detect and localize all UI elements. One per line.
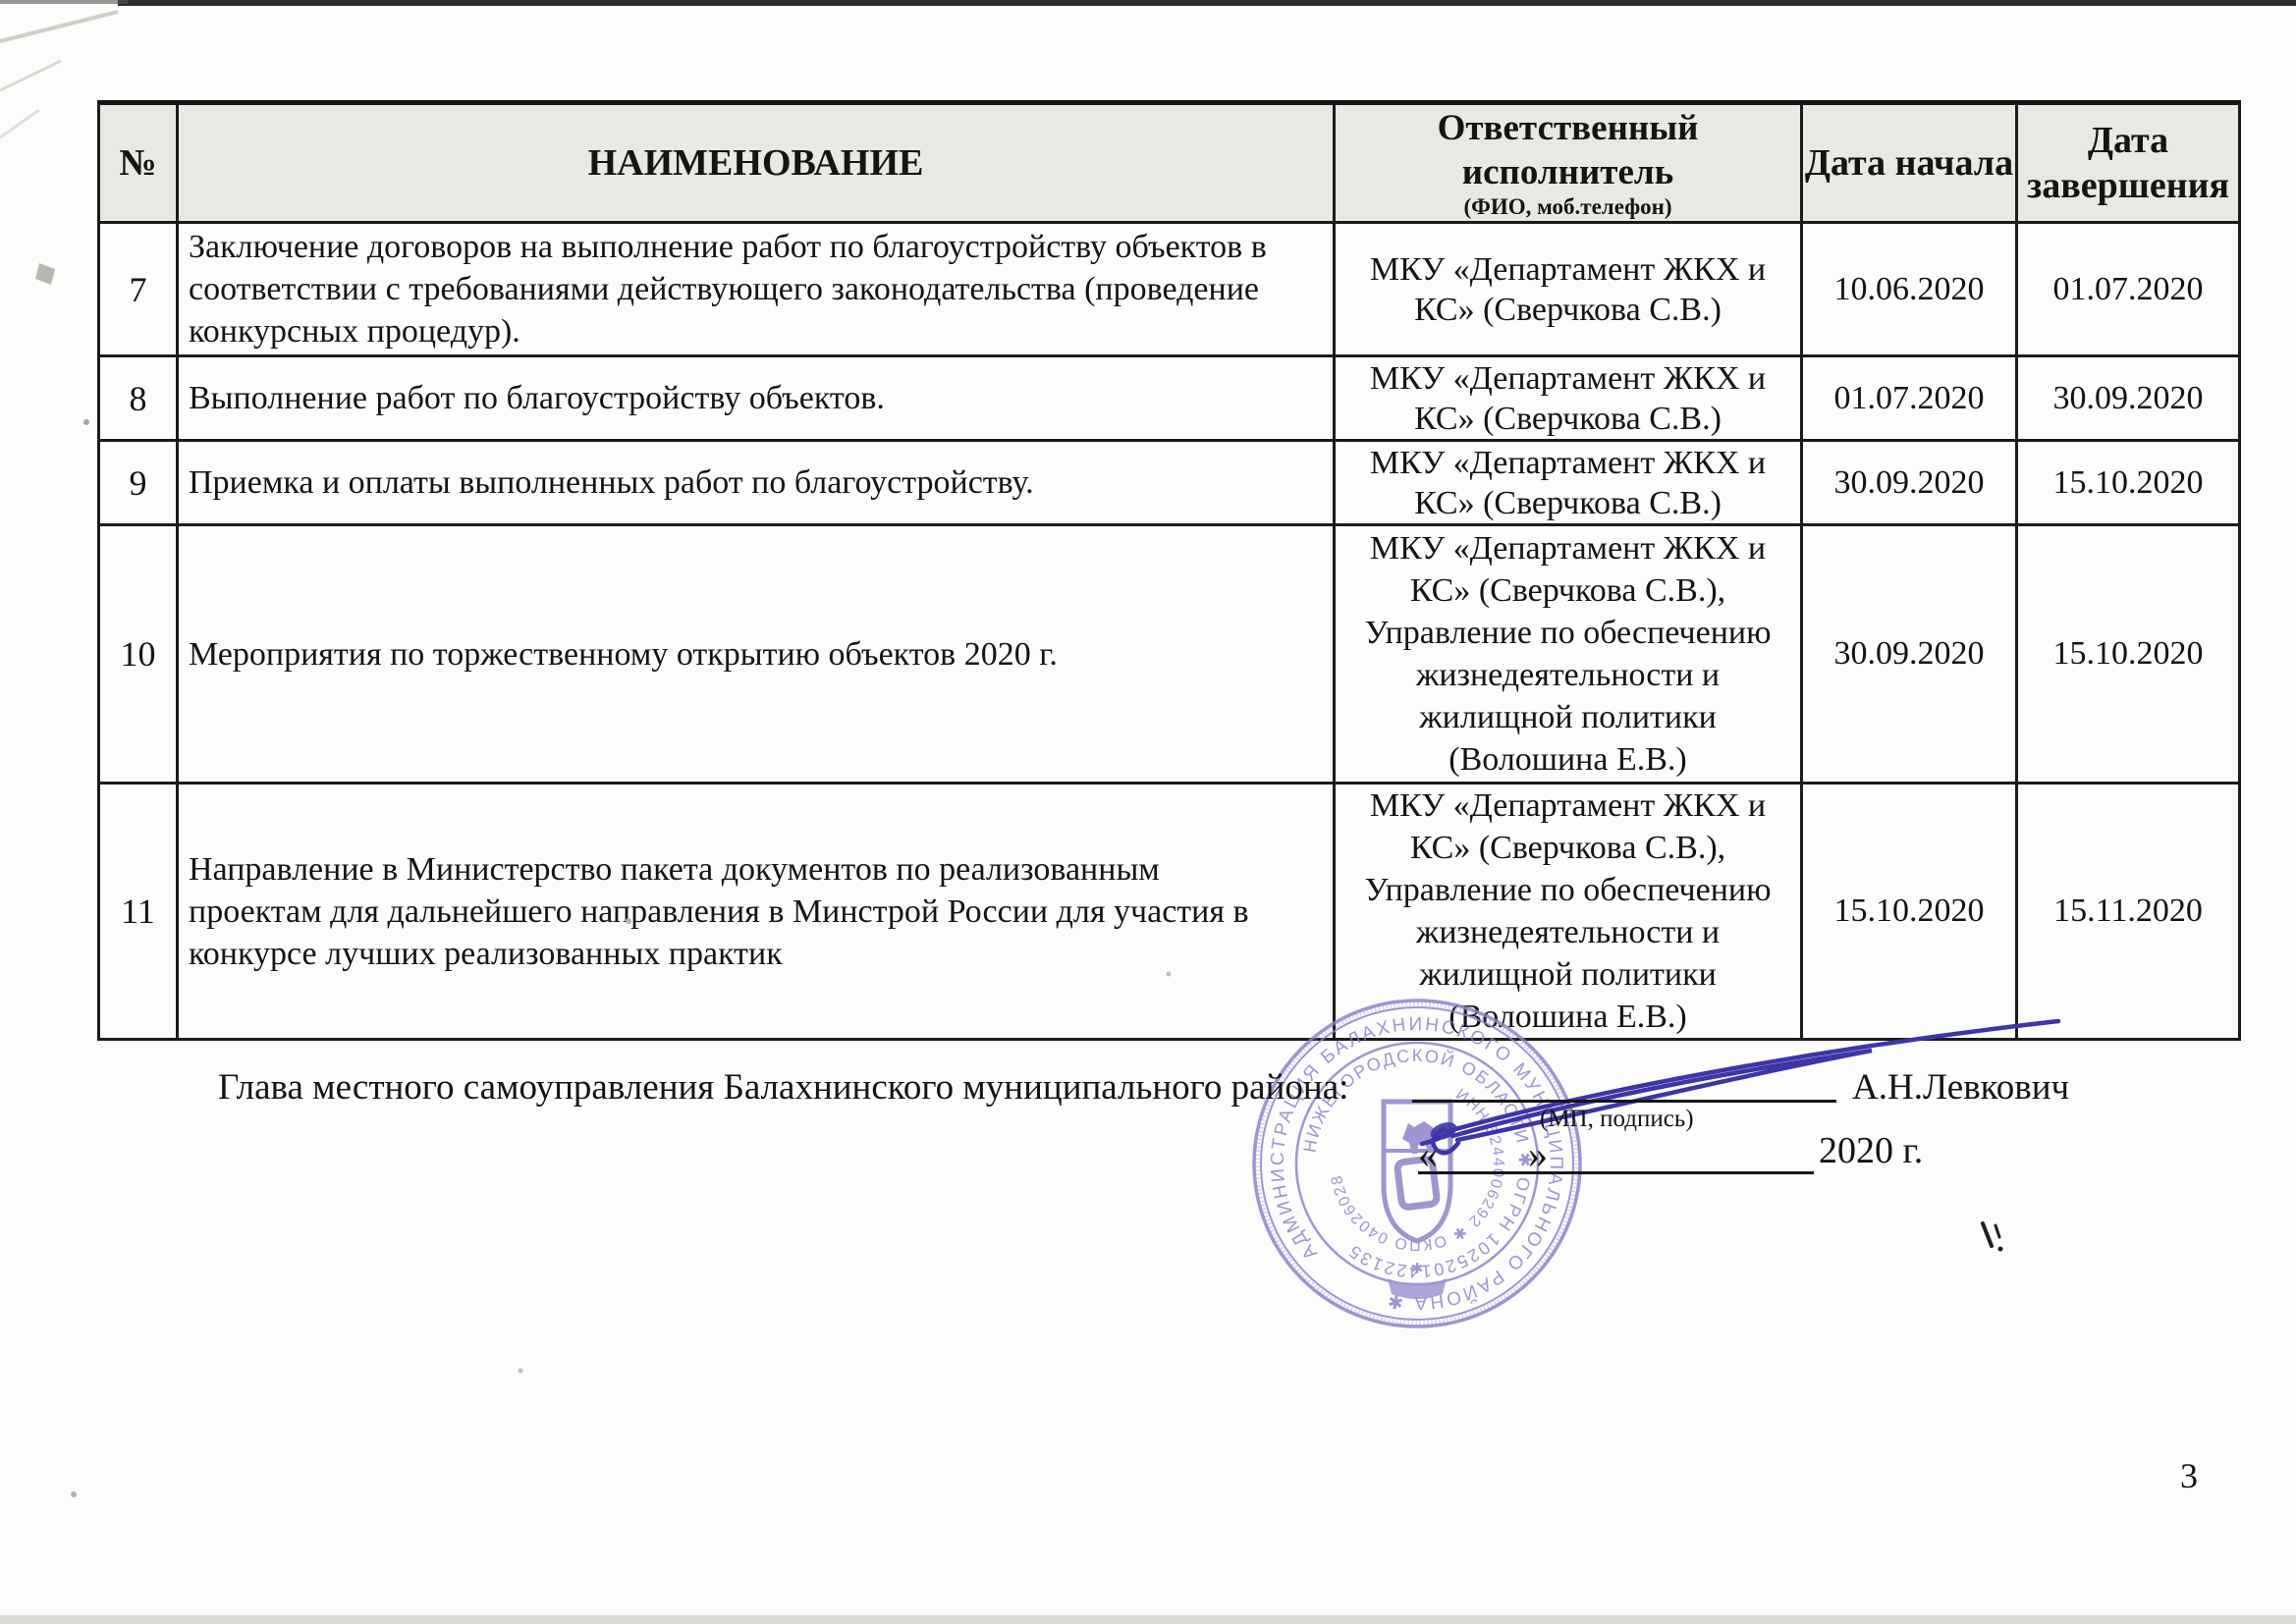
table-row: 11 Направление в Министерство пакета док… — [99, 784, 2240, 1040]
row-date-end: 15.10.2020 — [2017, 525, 2240, 784]
header-num: № — [99, 103, 178, 223]
header-executor-sublabel: (ФИО, моб.телефон) — [1337, 194, 1799, 220]
table-row: 10 Мероприятия по торжественному открыти… — [99, 525, 2240, 784]
row-name: Направление в Министерство пакета докуме… — [178, 784, 1335, 1040]
date-line — [1418, 1171, 1814, 1174]
row-executor: МКУ «Департамент ЖКХ и КС» (Сверчкова С.… — [1335, 356, 1802, 441]
date-quote-open: « — [1418, 1131, 1438, 1177]
row-date-start: 10.06.2020 — [1802, 223, 2017, 356]
row-date-end: 30.09.2020 — [2017, 356, 2240, 441]
seal-signature-note: (МП, подпись) — [1540, 1106, 1694, 1133]
work-plan-table: № НАИМЕНОВАНИЕ Ответственный исполнитель… — [97, 100, 2241, 1041]
row-date-end: 01.07.2020 — [2017, 223, 2240, 356]
row-name: Выполнение работ по благоустройству объе… — [178, 356, 1335, 441]
row-name: Приемка и оплаты выполненных работ по бл… — [178, 441, 1335, 525]
header-executor: Ответственный исполнитель (ФИО, моб.теле… — [1335, 103, 1802, 223]
row-executor: МКУ «Департамент ЖКХ и КС» (Сверчкова С.… — [1335, 441, 1802, 525]
row-executor: МКУ «Департамент ЖКХ и КС» (Сверчкова С.… — [1335, 525, 1802, 784]
header-name: НАИМЕНОВАНИЕ — [178, 103, 1335, 223]
table-row: 9 Приемка и оплаты выполненных работ по … — [99, 441, 2240, 525]
row-date-start: 30.09.2020 — [1802, 441, 2017, 525]
table-header-row: № НАИМЕНОВАНИЕ Ответственный исполнитель… — [99, 103, 2240, 223]
row-number: 9 — [99, 441, 178, 525]
row-name: Заключение договоров на выполнение работ… — [178, 223, 1335, 356]
row-date-end: 15.11.2020 — [2017, 784, 2240, 1040]
header-executor-label: Ответственный исполнитель — [1337, 106, 1799, 194]
signature-line — [1412, 1100, 1836, 1103]
row-executor: МКУ «Департамент ЖКХ и КС» (Сверчкова С.… — [1335, 223, 1802, 356]
row-number: 10 — [99, 525, 178, 784]
row-date-start: 01.07.2020 — [1802, 356, 2017, 441]
header-date-start: Дата начала — [1802, 103, 2017, 223]
signatory-name: А.Н.Левкович — [1852, 1066, 2069, 1109]
row-date-start: 30.09.2020 — [1802, 525, 2017, 784]
row-number: 11 — [99, 784, 178, 1040]
table-row: 7 Заключение договоров на выполнение раб… — [99, 223, 2240, 356]
signature-title: Глава местного самоуправления Балахнинск… — [218, 1066, 1348, 1109]
table-row: 8 Выполнение работ по благоустройству об… — [99, 356, 2240, 441]
scanned-document-page: № НАИМЕНОВАНИЕ Ответственный исполнитель… — [0, 0, 2296, 1624]
header-date-end: Дата завершения — [2017, 103, 2240, 223]
row-number: 8 — [99, 356, 178, 441]
stamp-star-icon: ✱ — [1411, 1262, 1424, 1277]
page-number: 3 — [2180, 1455, 2198, 1496]
row-name: Мероприятия по торжественному открытию о… — [178, 525, 1335, 784]
row-date-end: 15.10.2020 — [2017, 441, 2240, 525]
signature-year: 2020 г. — [1819, 1129, 1923, 1172]
row-date-start: 15.10.2020 — [1802, 784, 2017, 1040]
date-quote-close: » — [1528, 1131, 1548, 1177]
row-number: 7 — [99, 223, 178, 356]
